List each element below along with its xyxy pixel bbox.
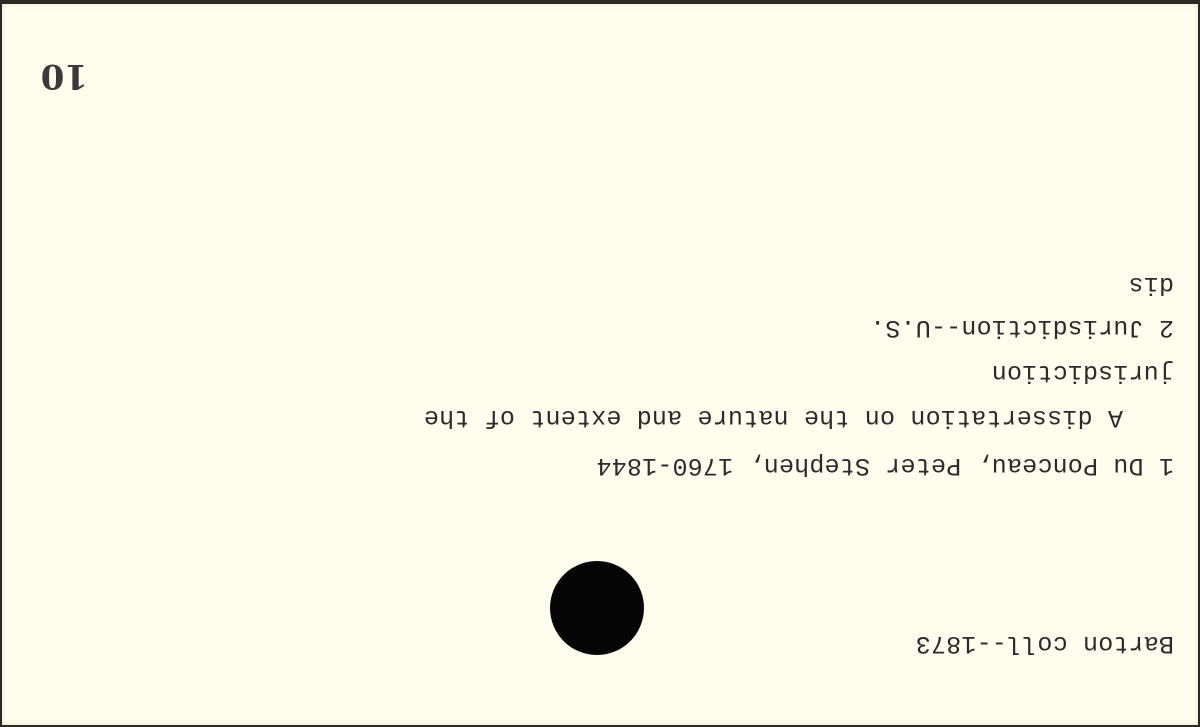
abbreviation: dis xyxy=(1128,272,1174,297)
card-content-rotated: Barton coll--1873 1 Du Ponceau, Peter St… xyxy=(2,4,1198,725)
handwritten-number: 10 xyxy=(41,59,88,93)
punch-hole xyxy=(550,561,644,655)
catalog-card: Barton coll--1873 1 Du Ponceau, Peter St… xyxy=(2,4,1198,725)
title-line-2: jurisdiction xyxy=(992,360,1174,385)
subject-heading: 2 Jurisdiction--U.S. xyxy=(870,315,1174,340)
collection-line: Barton coll--1873 xyxy=(916,631,1174,656)
main-entry: 1 Du Ponceau, Peter Stephen, 1760-1844 xyxy=(596,453,1174,478)
title-line-1: A dissertation on the nature and extent … xyxy=(424,405,1123,430)
